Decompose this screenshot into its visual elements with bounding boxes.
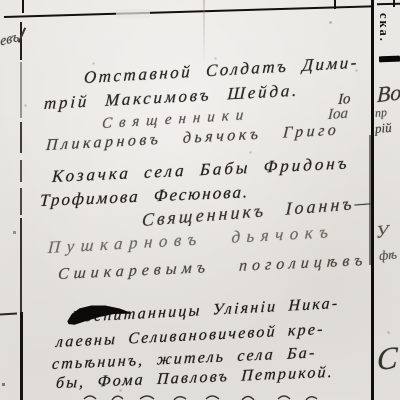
- right-column-fragment: С: [377, 339, 398, 378]
- entry1-line1: Отставной Солдатъ Дими-: [84, 53, 360, 88]
- table-left-rule-segment: [20, 312, 23, 400]
- entry1-line4-end-fragment: рій: [374, 120, 392, 137]
- entry2-line4-end-fragment: У: [376, 221, 388, 243]
- right-column-fragment: фѣ: [378, 246, 397, 263]
- table-top-rule-faded-gap: [116, 9, 150, 18]
- left-margin-dash-mark: [0, 313, 17, 316]
- margin-handwriting-fragment: левъ: [0, 30, 20, 52]
- entry2-line4: Пушкарновъ дьячокъ: [47, 222, 335, 258]
- entry1-line2: трій Максимовъ Шейда.: [43, 81, 299, 114]
- table-left-rule-segment: [20, 122, 22, 153]
- ink-blot: [66, 303, 132, 327]
- table-top-rule: [4, 5, 372, 18]
- clipped-next-line-strokes: [82, 392, 322, 400]
- printed-header-underline-bar: [379, 56, 400, 63]
- entry2-line5: Сшикаревымъ поголицѣвъ: [57, 252, 368, 284]
- table-left-rule-segment: [20, 22, 22, 60]
- top-left-column-tick: [22, 0, 24, 13]
- paper-specks: [0, 0, 1, 1]
- table-top-rule-right-segment: [377, 3, 400, 5]
- printed-column-header: ска.: [376, 13, 391, 43]
- table-left-rule-segment: [20, 62, 22, 118]
- right-column-fragment: пр: [374, 105, 387, 121]
- entry2-line1: Козачка села Бабы Фридонъ: [51, 153, 350, 187]
- paper-crease: [203, 0, 205, 66]
- table-left-rule-segment: [20, 188, 22, 215]
- table-left-rule-segment: [20, 218, 22, 312]
- table-left-rule-segment: [20, 160, 22, 182]
- scanned-register-page: ска. левъ Отставной Солдатъ Дими- трій М…: [0, 0, 400, 400]
- right-column-fragment: Во: [377, 79, 400, 108]
